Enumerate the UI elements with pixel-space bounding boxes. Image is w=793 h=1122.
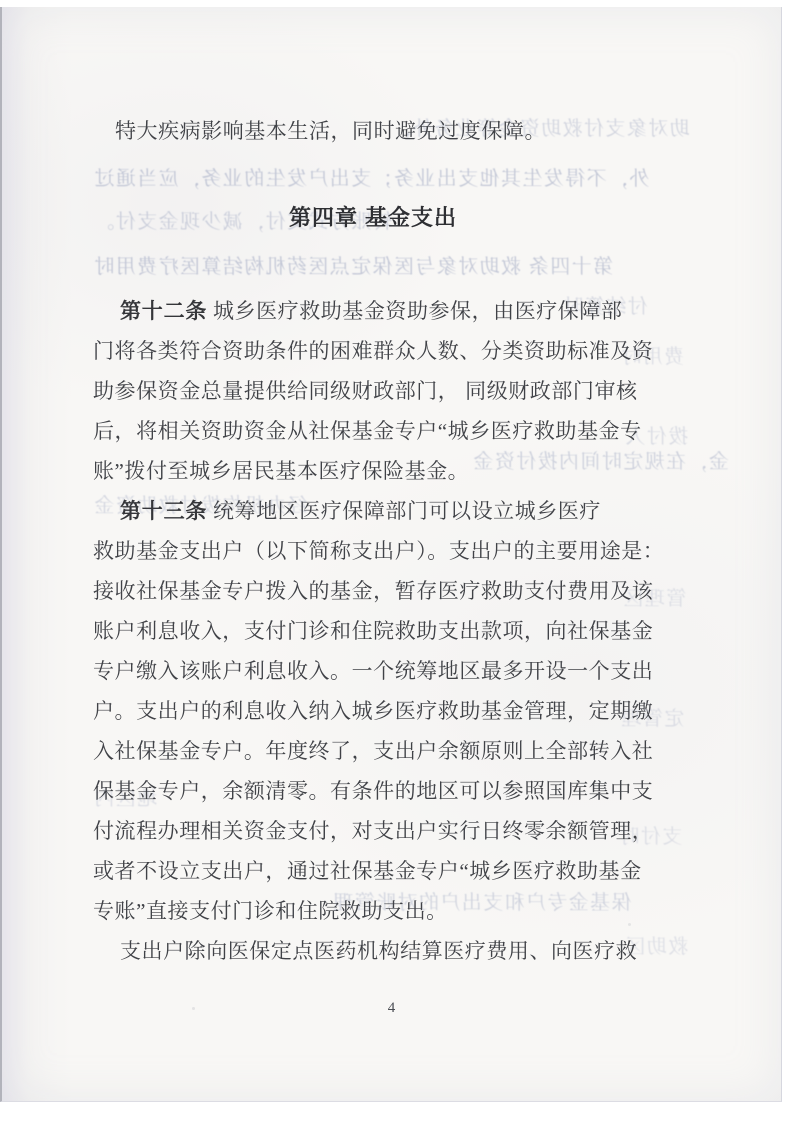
article-text: 城乡医疗救助基金资助参保，由医疗保障部 — [207, 299, 622, 323]
article-12-line: 助参保资金总量提供给同级财政部门， 同级财政部门审核 — [93, 379, 638, 403]
article-number: 第十二条 — [120, 300, 207, 323]
article-13-continuation-line: 支出户除向医保定点医药机构结算医疗费用、向医疗救 — [120, 939, 637, 963]
article-13-line: 户。支出户的利息收入纳入城乡医疗救助基金管理，定期缴 — [93, 699, 653, 723]
article-text: 统筹地区医疗保障部门可以设立城乡医疗 — [207, 499, 601, 523]
article-13-line: 保基金专户，余额清零。有条件的地区可以参照国库集中支 — [93, 779, 653, 803]
article-13-line: 或者不设立支出户，通过社保基金专户“城乡医疗救助基金 — [93, 859, 642, 883]
article-13-line: 账户利息收入，支付门诊和住院救助支出款项，向社保基金 — [93, 619, 653, 643]
scanned-page-background: 助对象支付救助资金等业务外，外，不得发生其他支出业务；支出户发生的业务，应当通过… — [0, 0, 793, 1122]
page-number: 4 — [2, 1000, 781, 1017]
bleedthrough-line: 第十四条 救助对象与医保定点医药机构结算医疗费用时 — [93, 255, 613, 279]
article-12-line: 门将各类符合资助条件的困难群众人数、分类资助标准及资 — [93, 339, 653, 363]
chapter-heading: 第四章 基金支出 — [93, 206, 653, 230]
intro-continuation-line: 特大疾病影响基本生活，同时避免过度保障。 — [115, 119, 546, 143]
article-13-line: 接收社保基金专户拨入的基金，暂存医疗救助支付费用及该 — [93, 579, 653, 603]
article-13-line: 救助基金支出户（以下简称支出户）。支出户的主要用途是： — [93, 539, 664, 563]
article-number: 第十三条 — [120, 500, 207, 523]
article-12-line: 账”拨付至城乡居民基本医疗保险基金。 — [93, 459, 469, 483]
article-12-line: 第十二条 城乡医疗救助基金资助参保，由医疗保障部 — [120, 299, 622, 324]
article-13-line: 专账”直接支付门诊和住院救助支出。 — [93, 899, 448, 923]
article-13-line: 入社保基金专户。年度终了，支出户余额原则上全部转入社 — [93, 739, 653, 763]
article-13-line: 第十三条 统筹地区医疗保障部门可以设立城乡医疗 — [120, 499, 601, 524]
article-12-line: 后，将相关资助资金从社保基金专户“城乡医疗救助基金专 — [93, 419, 642, 443]
bleedthrough-line: 金，在规定时间内拨付资金 — [472, 450, 729, 474]
bleedthrough-line: 外，不得发生其他支出业务；支出户发生的业务，应当通过 — [93, 167, 649, 191]
article-13-line: 专户缴入该账户利息收入。一个统筹地区最多开设一个支出 — [93, 659, 653, 683]
paper-sheet: 助对象支付救助资金等业务外，外，不得发生其他支出业务；支出户发生的业务，应当通过… — [0, 7, 782, 1102]
article-13-line: 付流程办理相关资金支付，对支出户实行日终零余额管理， — [93, 819, 653, 843]
